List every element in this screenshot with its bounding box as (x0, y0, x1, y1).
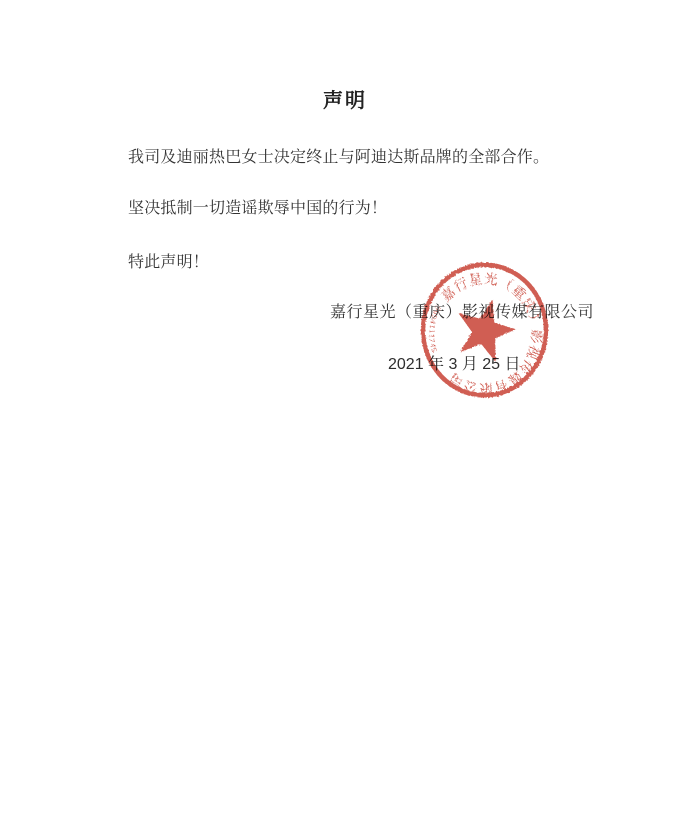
signature-company-name: 嘉行星光（重庆）影视传媒有限公司 (330, 303, 594, 322)
page-title: 声明 (0, 90, 690, 112)
paragraph-hereby-declare: 特此声明！ (128, 253, 209, 272)
seal-ring (423, 265, 546, 395)
company-seal-stamp: 嘉行星光（重庆）影视传媒有限公司 5094111745 (419, 260, 550, 399)
paragraph-resist-rumors: 坚决抵制一切造谣欺辱中国的行为！ (128, 199, 387, 218)
seal-ring-text: 嘉行星光（重庆）影视传媒有限公司 (438, 270, 544, 397)
paragraph-cooperation-termination: 我司及迪丽热巴女士决定终止与阿迪达斯品牌的全部合作。 (128, 148, 549, 167)
signature-date: 2021 年 3 月 25 日 (388, 355, 521, 374)
statement-document: 声明 我司及迪丽热巴女士决定终止与阿迪达斯品牌的全部合作。 坚决抵制一切造谣欺辱… (0, 0, 690, 829)
